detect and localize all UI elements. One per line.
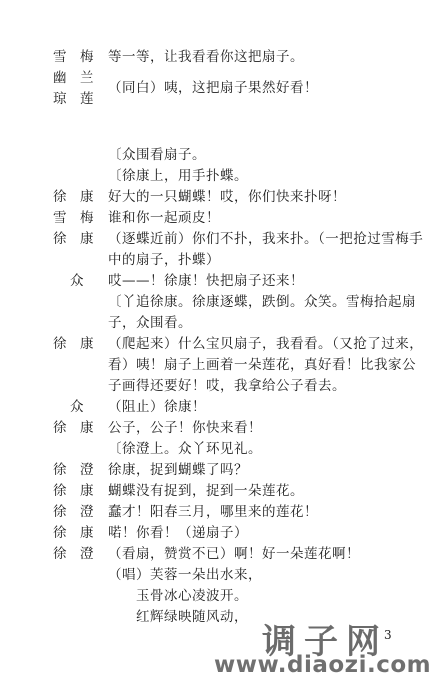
script-line: 徐康 公子，公子！你快来看！ bbox=[0, 418, 429, 438]
speaker-char: 梅 bbox=[80, 47, 94, 67]
speaker-char: 莲 bbox=[80, 89, 94, 109]
dialogue-text: 哎——！徐康！快把扇子还来！ bbox=[108, 271, 304, 291]
dialogue-text: 蝴蝶没有捉到，捉到一朵莲花。 bbox=[108, 481, 304, 501]
speaker-char: 澄 bbox=[80, 460, 94, 480]
speaker-char: 澄 bbox=[80, 502, 94, 522]
speaker-char: 康 bbox=[80, 334, 94, 354]
speaker-char: 徐 bbox=[53, 334, 67, 354]
stage-direction: 〔丫追徐康。徐康逐蝶，跌倒。众笑。雪梅拾起扇 bbox=[0, 292, 429, 312]
speaker-char: 澄 bbox=[80, 544, 94, 564]
stage-direction: 〔徐澄上。众丫环见礼。 bbox=[0, 439, 429, 459]
script-line: 众 哎——！徐康！快把扇子还来！ bbox=[0, 271, 429, 291]
lyric-text: （唱）芙蓉一朵出水来， bbox=[108, 565, 262, 585]
dialogue-text: （看扇，赞赏不已）啊！好一朵莲花啊！ bbox=[108, 544, 360, 564]
stage-direction: 〔众围看扇子。 bbox=[0, 145, 429, 165]
watermark-url: www.diaozi.com bbox=[214, 652, 429, 678]
script-line: 雪梅 等一等，让我看看你这把扇子。 bbox=[0, 47, 429, 67]
stage-direction: 〔徐康上，用手扑蝶。 bbox=[0, 166, 429, 186]
script-line: 徐康 （爬起来）什么宝贝扇子，我看看。（又抢了过来， bbox=[0, 334, 429, 354]
dialogue-text: 徐康，捉到蝴蝶了吗？ bbox=[108, 460, 248, 480]
song-line: （唱）芙蓉一朵出水来， bbox=[0, 565, 429, 585]
speaker-char: 康 bbox=[80, 229, 94, 249]
script-line: 徐澄 徐康，捉到蝴蝶了吗？ bbox=[0, 460, 429, 480]
speaker-char: 徐 bbox=[53, 418, 67, 438]
dialogue-text: 〔众围看扇子。 bbox=[108, 145, 206, 165]
speaker-char: 雪 bbox=[53, 47, 67, 67]
dialogue-text: 谁和你一起顽皮！ bbox=[108, 208, 220, 228]
script-line: 琼莲 bbox=[0, 89, 429, 109]
speaker-char: 徐 bbox=[53, 460, 67, 480]
script-line: 徐澄 蠢才！阳春三月，哪里来的莲花！ bbox=[0, 502, 429, 522]
dialogue-text: 子画得还要好！哎，我拿给公子看去。 bbox=[108, 376, 346, 396]
speaker-char: 康 bbox=[80, 187, 94, 207]
dialogue-text: 子，众围看。 bbox=[108, 313, 192, 333]
speaker-char: 雪 bbox=[53, 208, 67, 228]
lyric-text: 红辉绿映随风动， bbox=[136, 607, 248, 627]
speaker-char: 徐 bbox=[53, 523, 67, 543]
script-line: 徐康 （逐蝶近前）你们不扑，我来扑。（一把抢过雪梅手 bbox=[0, 229, 429, 249]
script-line: 徐康 喏！你看！（递扇子） bbox=[0, 523, 429, 543]
speaker-char: 徐 bbox=[53, 229, 67, 249]
script-line-continuation: 子画得还要好！哎，我拿给公子看去。 bbox=[0, 376, 429, 396]
script-line: 众 （阻止）徐康！ bbox=[0, 397, 429, 417]
dialogue-text: （爬起来）什么宝贝扇子，我看看。（又抢了过来， bbox=[108, 334, 423, 354]
dialogue-text: （阻止）徐康！ bbox=[108, 397, 206, 417]
song-line: 玉骨冰心凌波开。 bbox=[0, 586, 429, 606]
speaker-char: 众 bbox=[70, 397, 84, 417]
dialogue-text: 公子，公子！你快来看！ bbox=[108, 418, 262, 438]
lyric-text: 玉骨冰心凌波开。 bbox=[136, 586, 248, 606]
script-line: 徐澄 （看扇，赞赏不已）啊！好一朵莲花啊！ bbox=[0, 544, 429, 564]
speaker-char: 徐 bbox=[53, 502, 67, 522]
dialogue-text: 中的扇子，扑蝶） bbox=[108, 250, 220, 270]
speaker-char: 徐 bbox=[53, 544, 67, 564]
speaker-char: 康 bbox=[80, 523, 94, 543]
script-line-continuation: 看）咦！扇子上画着一朵莲花，真好看！比我家公 bbox=[0, 355, 429, 375]
speaker-char: 琼 bbox=[53, 89, 67, 109]
speaker-char: 康 bbox=[80, 481, 94, 501]
speaker-char: 梅 bbox=[80, 208, 94, 228]
dialogue-text: 看）咦！扇子上画着一朵莲花，真好看！比我家公 bbox=[108, 355, 416, 375]
document-page: 雪梅 等一等，让我看看你这把扇子。 幽兰 （同白）咦，这把扇子果然好看！ 琼莲 … bbox=[0, 0, 429, 690]
script-line: 徐康 好大的一只蝴蝶！哎，你们快来扑呀！ bbox=[0, 187, 429, 207]
script-line: 雪梅 谁和你一起顽皮！ bbox=[0, 208, 429, 228]
speaker-char: 徐 bbox=[53, 481, 67, 501]
dialogue-text: 蠢才！阳春三月，哪里来的莲花！ bbox=[108, 502, 318, 522]
speaker-char: 徐 bbox=[53, 187, 67, 207]
dialogue-text: （逐蝶近前）你们不扑，我来扑。（一把抢过雪梅手 bbox=[108, 229, 423, 249]
dialogue-text: 〔丫追徐康。徐康逐蝶，跌倒。众笑。雪梅拾起扇 bbox=[108, 292, 416, 312]
dialogue-text: 〔徐澄上。众丫环见礼。 bbox=[108, 439, 262, 459]
page-number: 3 bbox=[384, 628, 392, 642]
speaker-char: 康 bbox=[80, 418, 94, 438]
script-line: 徐康 蝴蝶没有捉到，捉到一朵莲花。 bbox=[0, 481, 429, 501]
speaker-char: 众 bbox=[70, 271, 84, 291]
dialogue-text: 喏！你看！（递扇子） bbox=[108, 523, 248, 543]
stage-direction-continuation: 子，众围看。 bbox=[0, 313, 429, 333]
script-line-continuation: 中的扇子，扑蝶） bbox=[0, 250, 429, 270]
dialogue-text: 〔徐康上，用手扑蝶。 bbox=[108, 166, 248, 186]
dialogue-text: 好大的一只蝴蝶！哎，你们快来扑呀！ bbox=[108, 187, 346, 207]
dialogue-text: 等一等，让我看看你这把扇子。 bbox=[108, 47, 304, 67]
